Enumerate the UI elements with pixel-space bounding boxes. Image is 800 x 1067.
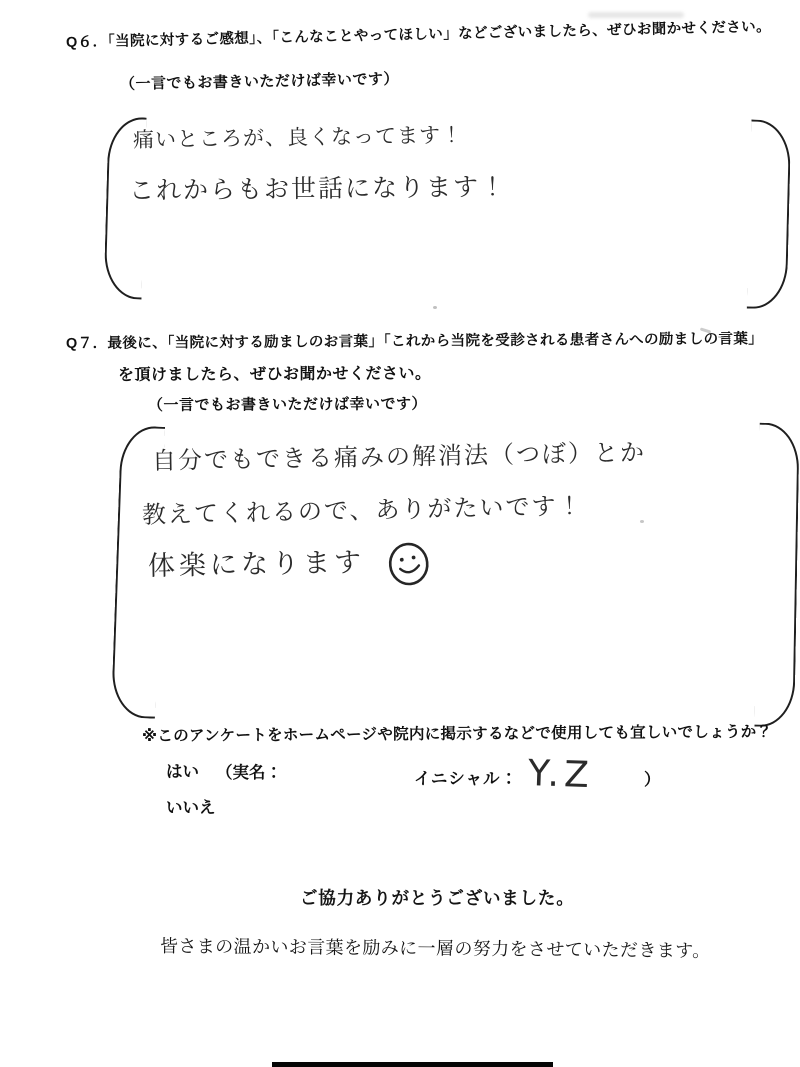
q7-question-line-2: を頂けましたら、ぜひお聞かせください。 <box>118 364 432 386</box>
q7-note: （一言でもお書きいただけば幸いです） <box>148 396 427 416</box>
scan-speck <box>640 520 644 523</box>
q6-answer-bracket-right <box>747 120 792 310</box>
q7-handwritten-line-2: 教えてくれるので、ありがたいです！ <box>142 491 584 530</box>
permission-yes-label: はい <box>166 762 199 783</box>
permission-close-paren: ） <box>644 770 661 791</box>
q6-handwritten-line-1: 痛いところが、良くなってます！ <box>133 122 463 153</box>
permission-realname-label: （実名： <box>216 763 282 784</box>
initials-handwriting: Y.Z <box>527 751 594 798</box>
q6-number: Q６． <box>66 34 108 51</box>
scan-speck <box>718 336 724 338</box>
q7-number: Q７． <box>66 336 108 352</box>
permission-no-label: いいえ <box>166 798 216 819</box>
permission-question: ※このアンケートをホームページや院内に掲示するなどで使用しても宜しいでしょうか？ <box>142 723 772 747</box>
smiley-icon <box>383 539 434 595</box>
q7-answer-bracket-right <box>754 423 799 728</box>
q6-handwritten-line-2: これからもお世話になります！ <box>129 171 507 206</box>
q6-question-line: Q６．「当院に対するご感想」、「こんなことやってほしい」などございましたら、ぜひ… <box>66 18 771 52</box>
scanned-survey-sheet: Q６．「当院に対するご感想」、「こんなことやってほしい」などございましたら、ぜひ… <box>0 0 800 1067</box>
scan-speck <box>433 306 437 309</box>
q6-question-text: 「当院に対するご感想」、「こんなことやってほしい」などございましたら、ぜひお聞か… <box>107 19 771 50</box>
q7-handwritten-line-1: 自分でもできる痛みの解消法（つぼ）とか <box>152 437 646 476</box>
footer-thanks: ご協力ありがとうございました。 <box>300 888 575 910</box>
scan-artifact-bar <box>272 1062 553 1067</box>
q6-note: （一言でもお書きいただけば幸いです） <box>120 71 399 95</box>
q7-handwritten-line-3: 体楽になります <box>148 546 366 584</box>
q7-question-line-1: Q７．最後に、「当院に対する励ましのお言葉」「これから当院を受診される患者さんへ… <box>66 330 763 353</box>
q7-question-text-1: 最後に、「当院に対する励ましのお言葉」「これから当院を受診される患者さんへの励ま… <box>107 331 763 352</box>
permission-initial-label: イニシャル： <box>414 769 518 790</box>
scan-smudge-top <box>588 12 684 18</box>
footer-message: 皆さまの温かいお言葉を励みに一層の努力をさせていただきます。 <box>160 935 711 962</box>
